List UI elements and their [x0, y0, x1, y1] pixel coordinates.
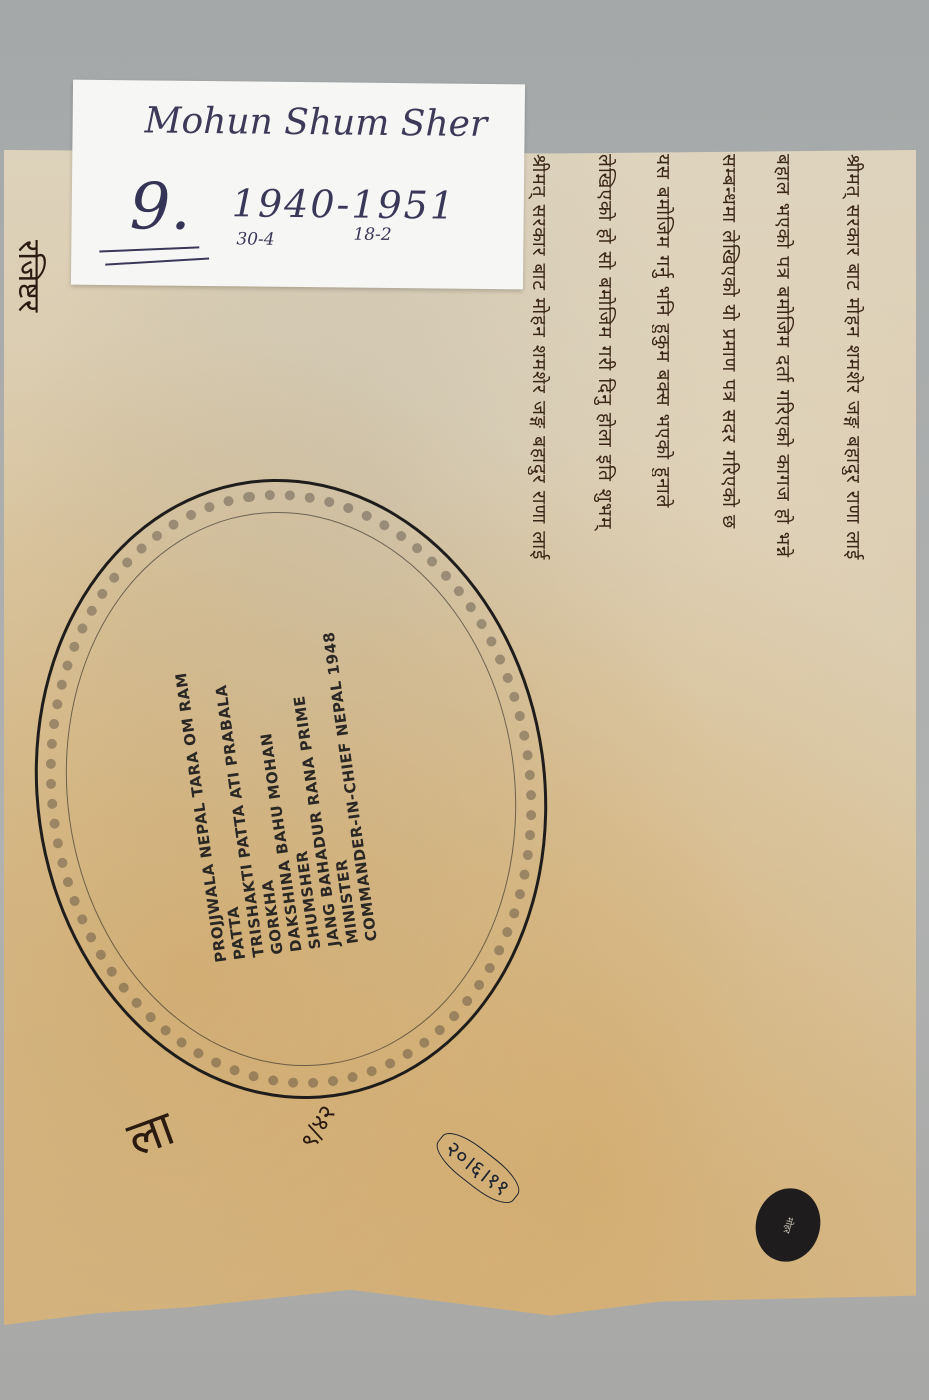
label-underline	[105, 257, 209, 265]
label-end-date: 18-2	[353, 225, 391, 245]
label-years: 1940-1951	[232, 181, 457, 227]
margin-annotation: रजिष्टर	[8, 240, 49, 312]
label-name: Mohun Shum Sher	[144, 100, 487, 145]
label-underline	[99, 246, 199, 252]
label-number: 9.	[129, 170, 191, 245]
document-text-line: श्रीमत् सरकार बाट मोहन शमशेर जङ्ग बहादुर…	[842, 154, 864, 1264]
document-text-line: श्रीमत् सरकार बाट मोहन शमशेर जङ्ग बहादुर…	[528, 154, 550, 1154]
catalog-label-card: Mohun Shum Sher 9. 1940-1951 30-4 18-2	[71, 80, 525, 290]
label-start-date: 30-4	[236, 229, 274, 249]
document-text-line: यस बमोजिम गर्नु भनि हुकुम बक्स भएको हुना…	[652, 154, 674, 1194]
document-text-line: बहाल भएको पत्र बमोजिम दर्ता गरिएको कागज …	[772, 154, 794, 1194]
document-text-line: सम्बन्धमा लेखिएको यो प्रमाण पत्र सदर गरि…	[718, 154, 740, 1184]
stamp-text: मोहर	[780, 1215, 797, 1234]
document-text-line: लेखिएको हो सो बमोजिम गरी दिनु होला इति श…	[594, 154, 616, 1174]
